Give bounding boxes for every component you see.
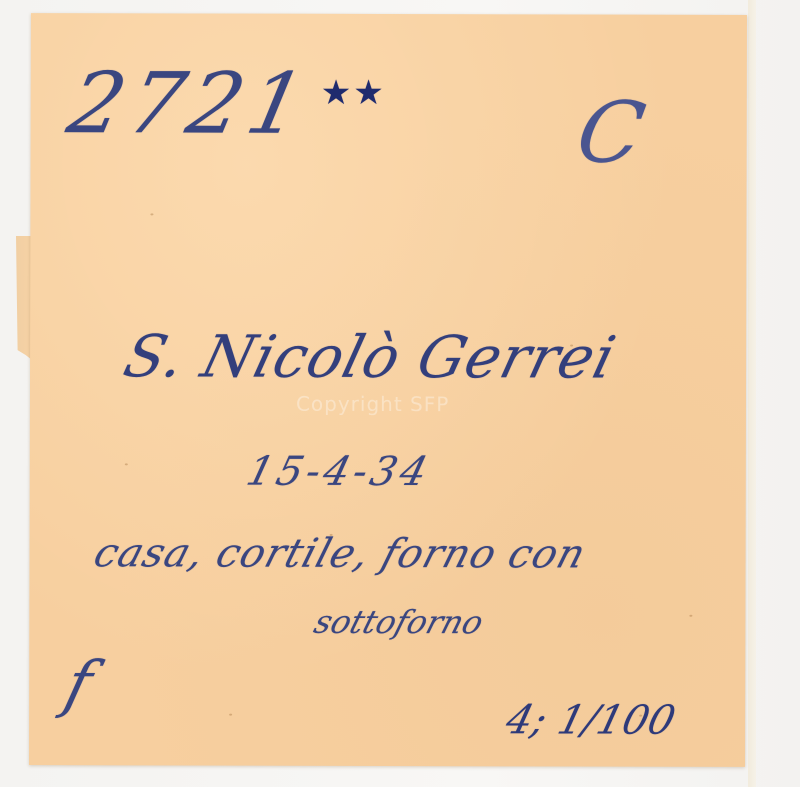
scan-background: 2721 ★★ C S. Nicolò Gerrei Copyright SFP… xyxy=(0,0,800,787)
star-marks-icon: ★★ xyxy=(321,76,386,110)
paper-speck xyxy=(689,615,692,617)
place-name: S. Nicolò Gerrei xyxy=(119,327,622,386)
paper-speck xyxy=(229,714,232,716)
paper-speck xyxy=(570,344,573,346)
copyright-watermark: Copyright SFP xyxy=(296,392,449,416)
category-letter: C xyxy=(571,91,650,175)
paper-speck xyxy=(125,463,128,465)
description-line-2: sottoforno xyxy=(311,606,487,638)
index-card: 2721 ★★ C S. Nicolò Gerrei Copyright SFP… xyxy=(29,13,747,767)
code-letter: f xyxy=(59,653,98,715)
description-line-1: casa, cortile, forno con xyxy=(90,533,591,574)
adjacent-card-edge xyxy=(748,0,756,787)
paper-speck xyxy=(330,534,333,536)
paper-speck xyxy=(639,715,642,717)
date: 15-4-34 xyxy=(243,452,435,492)
paper-speck xyxy=(150,213,153,215)
scale-notation: 4; 1/100 xyxy=(502,700,679,740)
catalog-number: 2721 xyxy=(62,61,318,146)
